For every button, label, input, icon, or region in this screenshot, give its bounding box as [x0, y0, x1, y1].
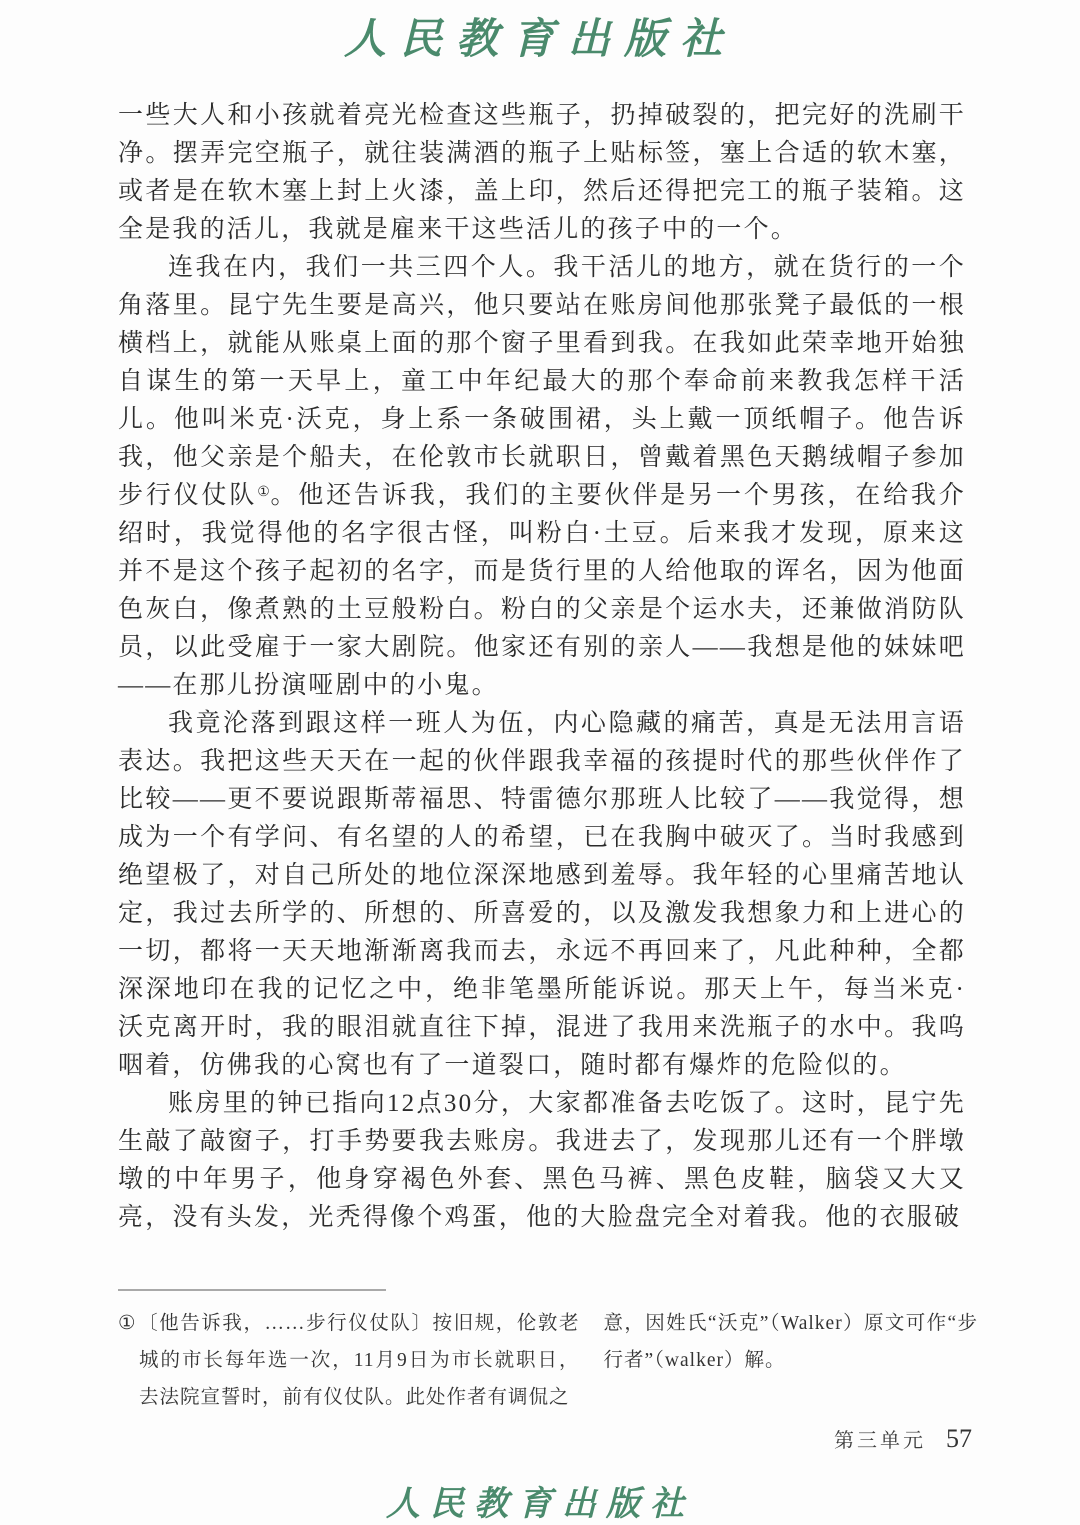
body-text-block: 一些大人和小孩就着亮光检查这些瓶子，扔掉破裂的，把完好的洗刷干净。摆弄完空瓶子，…: [118, 97, 966, 1237]
paragraph-coworkers: 连我在内，我们一共三四个人。我干活儿的地方，就在货行的一个角落里。昆宁先生要是高…: [118, 249, 966, 705]
footnote-left-text: 〔他告诉我，……步行仪仗队〕按旧规，伦敦老城的市长每年选一次，11月9日为市长就…: [138, 1313, 579, 1408]
page-footer: 第三单元 57: [834, 1424, 972, 1454]
footnote-number-marker: ①: [118, 1313, 137, 1334]
paragraph-coworkers-text-cont: 。他还告诉我，我们的主要伙伴是另一个男孩，在给我介绍时，我觉得他的名字很古怪，叫…: [118, 482, 966, 699]
publisher-logo-top: 人民教育出版社: [0, 6, 1080, 66]
textbook-page: 人民教育出版社 一些大人和小孩就着亮光检查这些瓶子，扔掉破裂的，把完好的洗刷干净…: [0, 0, 1080, 1525]
paragraph-despair: 我竟沦落到跟这样一班人为伍，内心隐藏的痛苦，真是无法用言语表达。我把这些天天在一…: [118, 705, 966, 1085]
footnote-right-column: 意，因姓氏“沃克”（Walker）原文可作“步行者”（walker）解。: [604, 1305, 978, 1416]
paragraph-counting-house: 账房里的钟已指向12点30分，大家都准备去吃饭了。这时，昆宁先生敲了敲窗子，打手…: [118, 1085, 966, 1237]
footnote-left-column: ①〔他告诉我，……步行仪仗队〕按旧规，伦敦老城的市长每年选一次，11月9日为市长…: [118, 1305, 580, 1416]
page-number: 57: [946, 1424, 972, 1454]
publisher-logo-bottom: 人民教育出版社: [0, 1476, 1080, 1525]
unit-label: 第三单元: [834, 1424, 926, 1453]
footnote-columns: ①〔他告诉我，……步行仪仗队〕按旧规，伦敦老城的市长每年选一次，11月9日为市长…: [118, 1305, 978, 1416]
footnote-divider-rule: [118, 1289, 386, 1291]
paragraph-continuation: 一些大人和小孩就着亮光检查这些瓶子，扔掉破裂的，把完好的洗刷干净。摆弄完空瓶子，…: [118, 97, 966, 249]
paragraph-coworkers-text: 连我在内，我们一共三四个人。我干活儿的地方，就在货行的一个角落里。昆宁先生要是高…: [118, 254, 966, 509]
footnote-ref-marker: ①: [257, 485, 270, 500]
footnote-section: ①〔他告诉我，……步行仪仗队〕按旧规，伦敦老城的市长每年选一次，11月9日为市长…: [118, 1289, 978, 1416]
